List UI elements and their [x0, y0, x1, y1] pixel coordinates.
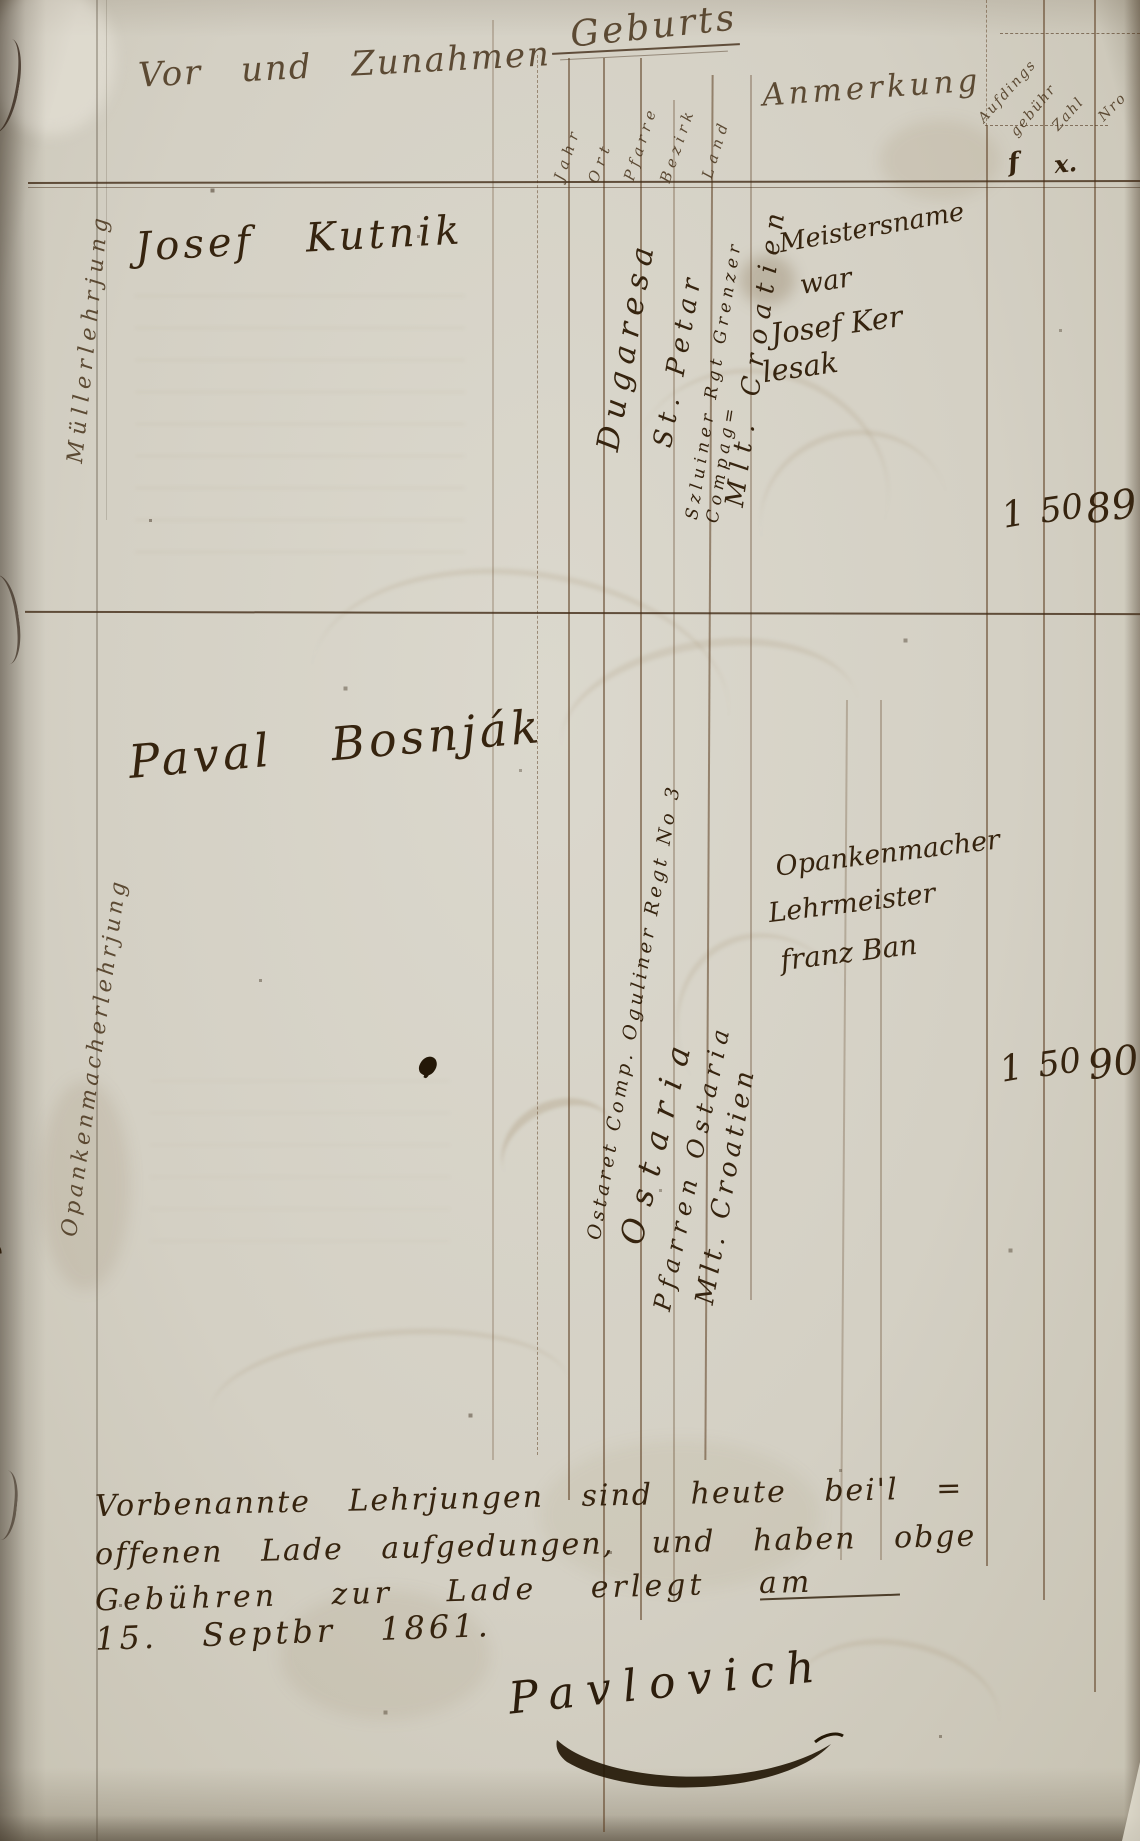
rule-line: [1043, 0, 1045, 1600]
bleedthrough-flourish: [742, 410, 969, 627]
column-header-remark: Anmerkung: [761, 64, 982, 112]
bleedthrough-table: [150, 1050, 450, 1260]
remark-line: war: [798, 264, 854, 300]
running-number: 89: [1083, 483, 1139, 532]
margin-note: Opankenmacherlehrjung: [58, 877, 131, 1239]
bottom-page-edge: [0, 1815, 1140, 1841]
fee-col-header: Zahl: [1050, 95, 1087, 134]
birth-subcol-header: Jahr: [552, 125, 584, 183]
signature: Pavlovich: [506, 1643, 828, 1722]
remark-line: franz Ban: [779, 930, 919, 976]
right-page-edge: [1124, 0, 1140, 1841]
bleedthrough-flourish: [205, 1315, 575, 1482]
birth-subcol-header: Bezirk: [658, 105, 699, 185]
rule-line: [568, 58, 570, 1500]
fee-kreuzer-value: 50: [1038, 489, 1086, 530]
birth-subcol-header: Ort: [586, 139, 616, 185]
remark-line: Josef Ker: [769, 301, 905, 350]
rule-line: [880, 700, 882, 1560]
gutter-shadow: [0, 0, 46, 1841]
rule-line: [1000, 33, 1140, 34]
rule-line: [840, 700, 848, 1560]
header-rule: [28, 180, 1140, 184]
footer-line: Vorbenannte Lehrjungen sind heute bei'l …: [95, 1473, 964, 1523]
register-page: 86 Vor und Zunahmen Geburts Anmerkung Ja…: [0, 0, 1140, 1841]
running-number: 90: [1085, 1039, 1140, 1088]
rule-line: [985, 125, 1108, 126]
rule-line: [603, 58, 605, 1832]
dust-specks: [0, 0, 1, 1]
signature-flourish: [545, 1722, 845, 1802]
remark-line: Meistersname: [777, 199, 966, 258]
florin-mark: f: [1006, 149, 1021, 178]
birth-subcol-header: Pfarre: [622, 104, 661, 183]
fee-kreuzer-value: 50: [1036, 1043, 1084, 1084]
kreuzer-mark: x.: [1053, 150, 1078, 177]
ink-blot: [416, 1053, 440, 1078]
row-divider: [25, 611, 1140, 616]
rule-line: [1094, 0, 1096, 1692]
fee-florin-value: 1: [997, 1048, 1026, 1089]
bleedthrough-table: [135, 265, 465, 565]
apprentice-name: Paval Bosnják: [127, 702, 545, 786]
remark-line: Lehrmeister: [767, 880, 937, 929]
birth-subcol-header: Land: [700, 117, 733, 181]
remark-line: Opankenmacher: [774, 826, 1002, 882]
header-rule: [28, 187, 1140, 188]
column-header-name: Vor und Zunahmen: [137, 37, 551, 94]
rule-line: [537, 55, 538, 1455]
remark-line: lesak: [760, 347, 840, 388]
fee-florin-value: 1: [999, 494, 1028, 535]
paper-stain: [880, 120, 1000, 200]
apprentice-name: Josef Kutnik: [134, 209, 464, 268]
footer-line: offenen Lade aufgedungen, und haben obge: [95, 1521, 977, 1571]
